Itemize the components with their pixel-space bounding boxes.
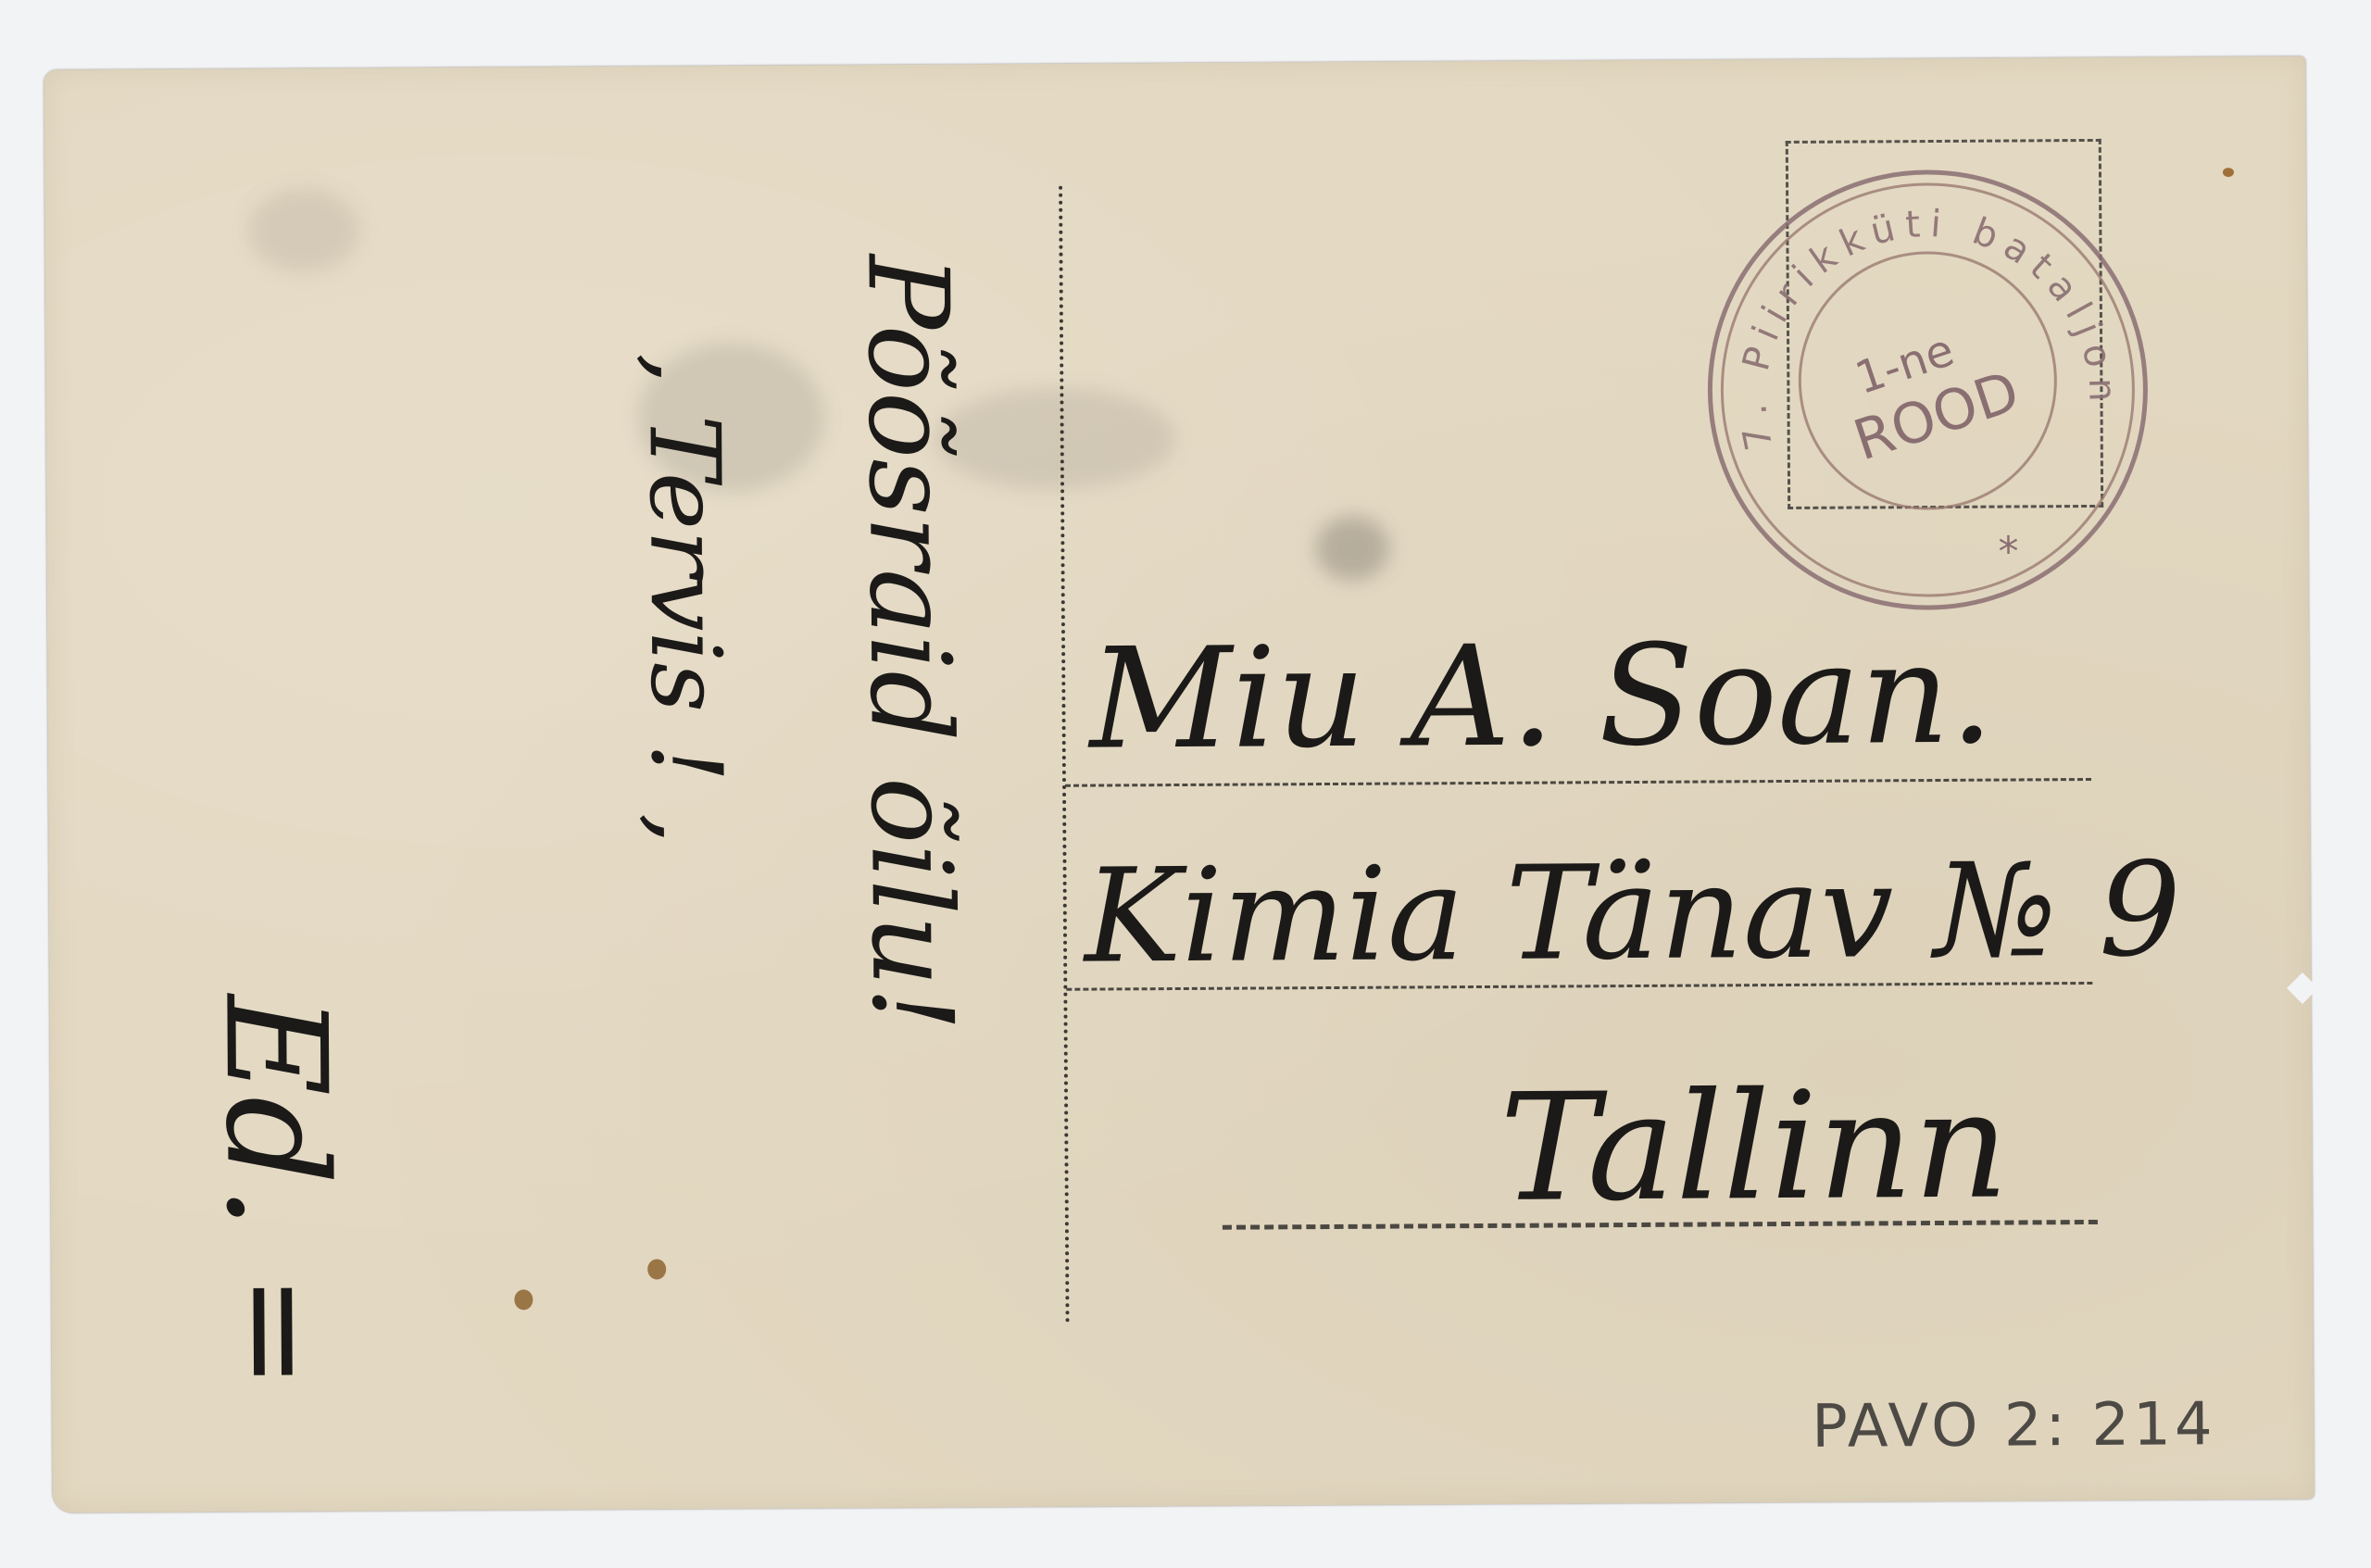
ink-smudge [248,188,360,272]
stain-dot [647,1259,666,1279]
center-divider [1059,186,1070,1323]
postmark-star-icon: * [1998,528,2018,575]
stain-dot [514,1289,533,1310]
recipient-name: Miu A. Soan. [1089,614,1994,781]
recipient-street: Kimia Tänav № 9 [1084,834,2181,992]
message-line-1: Põõsraid õilu! [843,254,976,1032]
signature: Ed. = [194,994,358,1390]
recipient-city: Tallinn [1499,1059,2009,1235]
archive-catalog-number: PAVO 2: 214 [1812,1390,2216,1461]
postcard: 7. Piirikküti bataljon 1-ne ROOD * Miu A… [44,56,2314,1513]
ink-smudge [1315,516,1389,581]
message-line-2: , Tervis ! , [627,353,743,845]
stain-dot [2223,168,2234,177]
postmark-stamp: 7. Piirikküti bataljon 1-ne ROOD * [1695,157,2161,623]
